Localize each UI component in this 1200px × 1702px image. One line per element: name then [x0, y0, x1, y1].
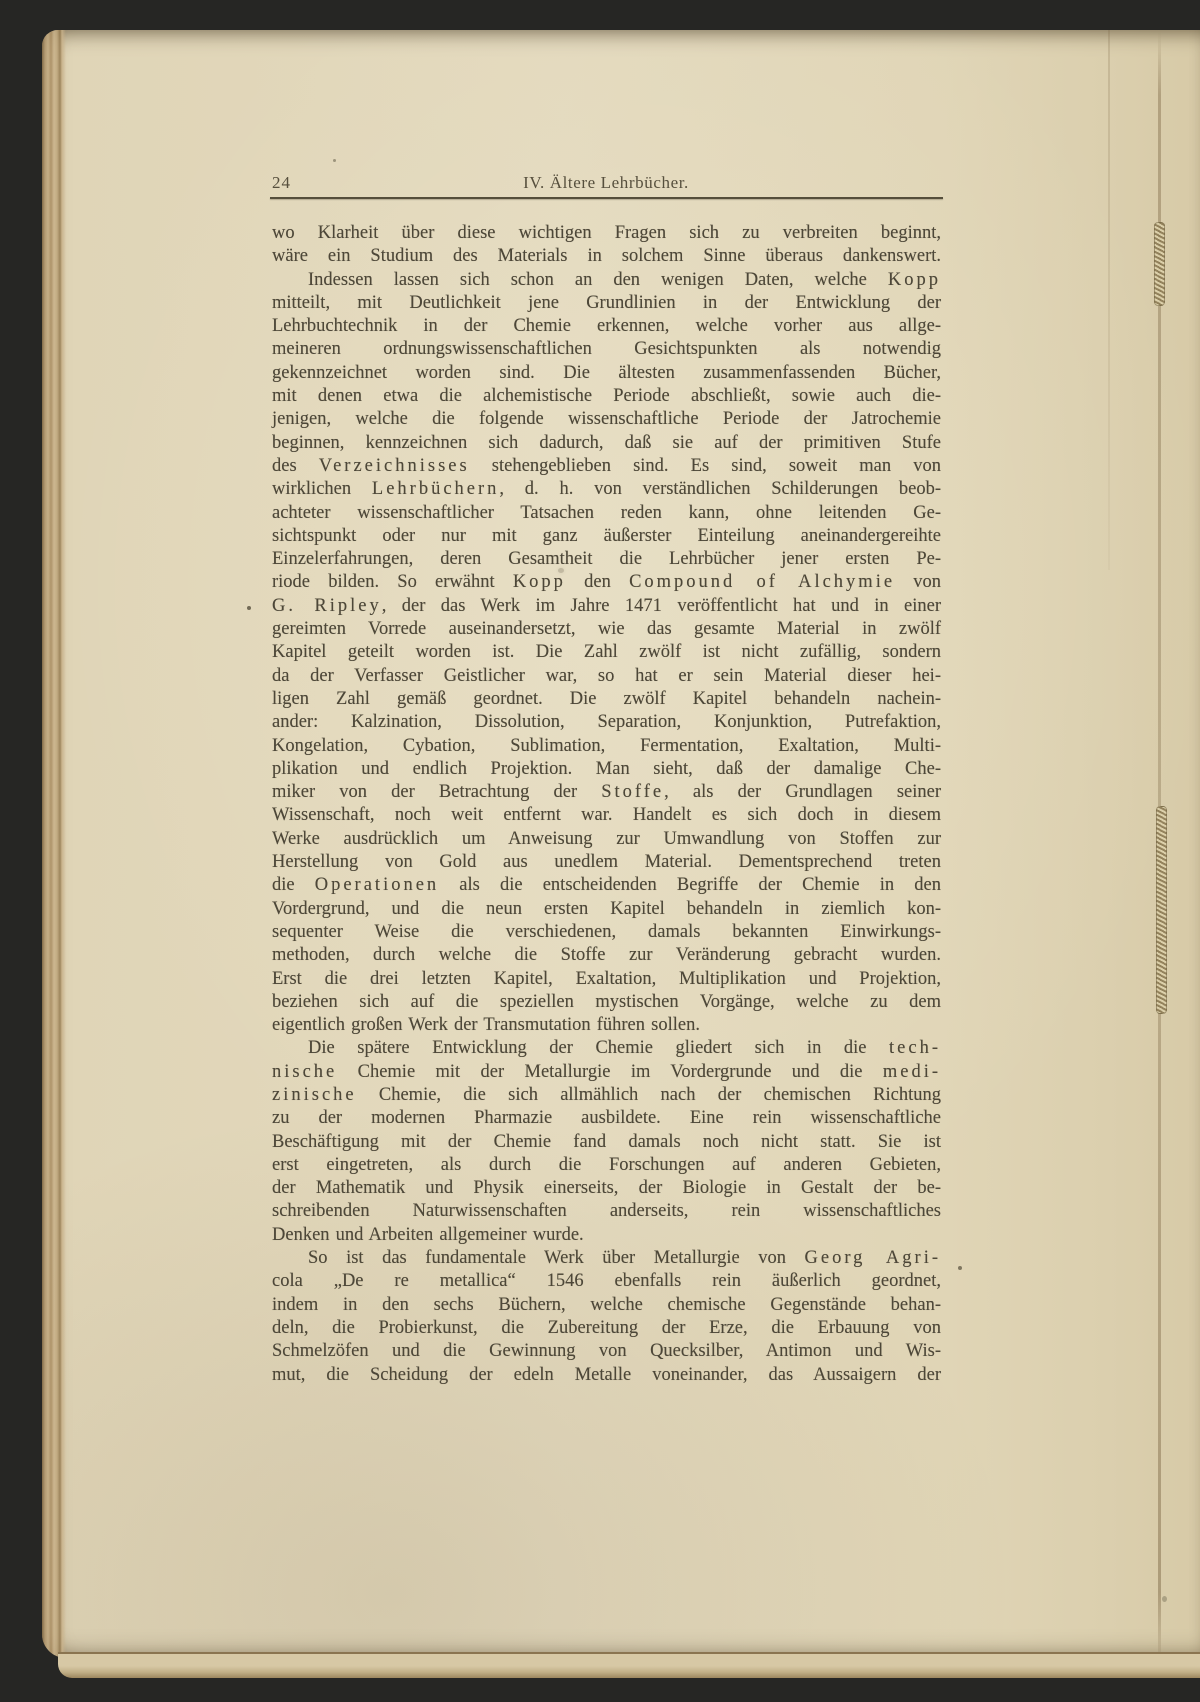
- text-line: plikation und endlich Projektion. Man si…: [272, 758, 941, 781]
- text-line: gekennzeichnet worden sind. Die ältesten…: [272, 362, 941, 385]
- text-line: mit denen etwa die alchemistische Period…: [272, 385, 941, 408]
- text-line: ander: Kalzination, Dissolution, Separat…: [272, 711, 941, 734]
- header-rule: [270, 197, 943, 199]
- text-line: achteter wissenschaftlicher Tatsachen re…: [272, 502, 941, 525]
- letterspaced-emphasis: Stoffe: [601, 782, 664, 802]
- text-line: So ist das fundamentale Werk über Metall…: [272, 1247, 941, 1270]
- text-line: riode bilden. So erwähnt Kopp den Compou…: [272, 571, 941, 594]
- text-line: schreibenden Naturwissenschaften anderse…: [272, 1200, 941, 1223]
- text-line: mut, die Scheidung der edeln Metalle von…: [272, 1364, 941, 1387]
- text-line: G. Ripley, der das Werk im Jahre 1471 ve…: [272, 595, 941, 618]
- page-fore-edge: [42, 30, 66, 1658]
- text-line: Schmelzöfen und die Gewinnung von Quecks…: [272, 1340, 941, 1363]
- text-line: cola „De re metallica“ 1546 ebenfalls re…: [272, 1270, 941, 1293]
- text-line: eigentlich großen Werk der Transmutation…: [272, 1014, 941, 1037]
- letterspaced-emphasis: Georg Agri-: [805, 1248, 942, 1268]
- text-line: da der Verfasser Geistlicher war, so hat…: [272, 665, 941, 688]
- text-line: deln, die Probierkunst, die Zubereitung …: [272, 1317, 941, 1340]
- text-line: mitteilt, mit Deutlichkeit jene Grundlin…: [272, 292, 941, 315]
- text-line: des Verzeichnisses stehengeblieben sind.…: [272, 455, 941, 478]
- text-line: die Operationen als die entscheidenden B…: [272, 874, 941, 897]
- running-header: IV. Ältere Lehrbücher.: [270, 173, 942, 193]
- body-text: wo Klarheit über diese wichtigen Fragen …: [272, 222, 941, 1387]
- text-line: beginnen, kennzeichnen sich dadurch, daß…: [272, 432, 941, 455]
- text-line: nische Chemie mit der Metallurgie im Vor…: [272, 1061, 941, 1084]
- letterspaced-emphasis: Kopp: [513, 572, 566, 592]
- text-line: Denken und Arbeiten allgemeiner wurde.: [272, 1224, 941, 1247]
- text-line: zinische Chemie, die sich allmählich nac…: [272, 1084, 941, 1107]
- text-line: wo Klarheit über diese wichtigen Fragen …: [272, 222, 941, 245]
- text-line: Erst die drei letzten Kapitel, Exaltatio…: [272, 968, 941, 991]
- text-line: miker von der Betrachtung der Stoffe, al…: [272, 781, 941, 804]
- text-line: der Mathematik und Physik einerseits, de…: [272, 1177, 941, 1200]
- text-line: sichtspunkt oder nur mit ganz äußerster …: [272, 525, 941, 548]
- letterspaced-emphasis: Lehrbüchern: [372, 479, 500, 499]
- paper-speck: [247, 606, 251, 610]
- under-page-edge: [58, 1652, 1200, 1678]
- letterspaced-emphasis: G. Ripley: [272, 596, 382, 616]
- text-line: Werke ausdrücklich um Anweisung zur Umwa…: [272, 828, 941, 851]
- letterspaced-emphasis: Compound of Alchymie: [629, 572, 895, 592]
- text-line: sequenter Weise die verschiedenen, damal…: [272, 921, 941, 944]
- text-line: Lehrbuchtechnik in der Chemie erkennen, …: [272, 315, 941, 338]
- text-line: Herstellung von Gold aus unedlem Materia…: [272, 851, 941, 874]
- text-line: erst eingetreten, als durch die Forschun…: [272, 1154, 941, 1177]
- letterspaced-emphasis: Verzeichnisses: [319, 456, 470, 476]
- text-line: Indessen lassen sich schon an den wenige…: [272, 269, 941, 292]
- text-line: indem in den sechs Büchern, welche chemi…: [272, 1294, 941, 1317]
- text-line: meineren ordnungswissenschaftlichen Gesi…: [272, 338, 941, 361]
- letterspaced-emphasis: zinische: [272, 1085, 357, 1105]
- binding-stitch: [1154, 222, 1165, 306]
- letterspaced-emphasis: Kopp: [888, 270, 941, 290]
- book-page: 24 IV. Ältere Lehrbücher. wo Klarheit üb…: [42, 30, 1200, 1658]
- letterspaced-emphasis: medi-: [883, 1062, 941, 1082]
- text-line: methoden, durch welche die Stoffe zur Ve…: [272, 944, 941, 967]
- paper-crack: [1108, 30, 1110, 570]
- binding-stitch: [1156, 806, 1167, 1014]
- paper-speck: [958, 1266, 962, 1270]
- letterspaced-emphasis: tech-: [889, 1038, 941, 1058]
- text-line: beziehen sich auf die speziellen mystisc…: [272, 991, 941, 1014]
- book-scan: 24 IV. Ältere Lehrbücher. wo Klarheit üb…: [0, 0, 1200, 1702]
- text-line: zu der modernen Pharmazie ausbildete. Ei…: [272, 1107, 941, 1130]
- text-line: wäre ein Studium des Materials in solche…: [272, 245, 941, 268]
- text-line: jenigen, welche die folgende wissenschaf…: [272, 408, 941, 431]
- paper-speck: [1162, 1596, 1167, 1602]
- text-line: Vordergrund, und die neun ersten Kapitel…: [272, 898, 941, 921]
- letterspaced-emphasis: Operationen: [315, 875, 439, 895]
- paper-speck: [333, 159, 336, 162]
- text-line: Beschäftigung mit der Chemie fand damals…: [272, 1131, 941, 1154]
- text-line: Kongelation, Cybation, Sublimation, Ferm…: [272, 735, 941, 758]
- text-line: Die spätere Entwicklung der Chemie glied…: [272, 1037, 941, 1060]
- text-line: Einzelerfahrungen, deren Gesamtheit die …: [272, 548, 941, 571]
- text-line: Kapitel geteilt worden ist. Die Zahl zwö…: [272, 641, 941, 664]
- text-line: gereimten Vorrede auseinandersetzt, wie …: [272, 618, 941, 641]
- text-line: wirklichen Lehrbüchern, d. h. von verstä…: [272, 478, 941, 501]
- paper-speck: [558, 568, 564, 573]
- text-line: Wissenschaft, noch weit entfernt war. Ha…: [272, 804, 941, 827]
- text-line: ligen Zahl gemäß geordnet. Die zwölf Kap…: [272, 688, 941, 711]
- letterspaced-emphasis: nische: [272, 1062, 337, 1082]
